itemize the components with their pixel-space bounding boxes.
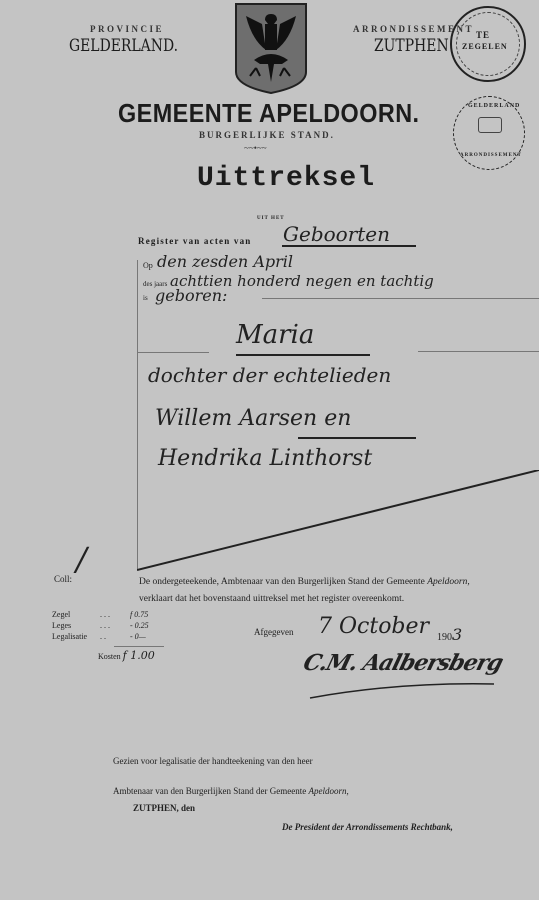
legalisation-line-3: ZUTPHEN, den <box>133 803 195 813</box>
mother-name: Hendrika Linthorst <box>158 446 372 471</box>
closing-diagonal-line <box>137 470 539 572</box>
document-title: Uittreksel <box>197 163 375 194</box>
register-underline <box>282 245 416 247</box>
stamp-text-zegelen: ZEGELEN <box>462 42 508 51</box>
fee-dots: . . <box>100 631 130 642</box>
register-type: Geboorten <box>283 222 390 246</box>
father-name: Willem Aarsen en <box>155 406 351 431</box>
fee-value: - 0.25 <box>130 621 149 630</box>
legalisation-line-1: Gezien voor legalisatie der handteekenin… <box>113 756 313 766</box>
fees-total-label: Kosten <box>98 652 121 661</box>
coll-label: Coll: <box>54 574 72 584</box>
crown-icon <box>478 117 502 133</box>
fee-value: f 0.75 <box>130 610 148 619</box>
op-label: Op <box>143 261 153 270</box>
legalisation-text: Ambtenaar van den Burgerlijken Stand der… <box>113 786 306 796</box>
child-name-underline <box>236 354 370 356</box>
fees-total: Kosten f 1.00 <box>98 649 155 662</box>
legalisation-president: De President der Arrondissements Rechtba… <box>282 822 453 832</box>
ornament-divider: ~~•~~ <box>244 143 267 153</box>
coll-mark: / <box>76 540 87 578</box>
issued-year-prefix: 190 <box>437 632 452 643</box>
fee-dots: . . . <box>100 609 130 620</box>
fee-label: Leges <box>52 620 100 631</box>
fees-total-value: f 1.00 <box>123 649 155 662</box>
is-label: is <box>143 294 148 302</box>
department-subtitle: BURGERLIJKE STAND. <box>199 130 335 140</box>
fee-dots: . . . <box>100 620 130 631</box>
province-label: PROVINCIE <box>90 24 164 34</box>
revenue-stamp: TE ZEGELEN <box>450 6 526 82</box>
province-name: GELDERLAND. <box>69 36 178 56</box>
municipality-title: GEMEENTE APELDOORN. <box>118 98 420 129</box>
birth-day-month: den zesden April <box>157 252 293 271</box>
seal-top-text: GELDERLAND <box>468 103 520 109</box>
fee-row: Legalisatie. .- 0— <box>52 631 149 642</box>
fee-value: - 0— <box>130 632 146 641</box>
issued-year-digit: 3 <box>452 625 462 644</box>
event-type: geboren: <box>155 286 227 305</box>
fee-label: Zegel <box>52 609 100 620</box>
name-line-left <box>137 352 209 353</box>
statement-line-2: verklaart dat het bovenstaand uittreksel… <box>139 594 404 604</box>
statement-text: De ondergeteekende, Ambtenaar van den Bu… <box>139 577 425 587</box>
issued-date: 7 October <box>318 614 429 639</box>
fee-row: Leges. . .- 0.25 <box>52 620 149 631</box>
issued-year: 1903 <box>437 625 462 644</box>
name-line-right <box>418 351 539 352</box>
seal-stamp: GELDERLAND ARRONDISSEMENT <box>453 96 525 170</box>
uit-het-label: UIT HET <box>257 216 285 221</box>
child-name: Maria <box>236 320 314 350</box>
statement-line-1: De ondergeteekende, Ambtenaar van den Bu… <box>139 577 470 587</box>
surname-underline <box>298 437 416 439</box>
issued-label: Afgegeven <box>254 627 293 637</box>
event-line <box>262 298 539 299</box>
fee-row: Zegel. . .f 0.75 <box>52 609 149 620</box>
eagle-shield-icon <box>234 2 308 94</box>
statement-place: Apeldoorn, <box>427 577 469 587</box>
seal-bottom-text: ARRONDISSEMENT <box>460 153 522 158</box>
fees-total-line <box>114 646 164 647</box>
relation-text: dochter der echtelieden <box>148 363 391 387</box>
fees-table: Zegel. . .f 0.75 Leges. . .- 0.25 Legali… <box>52 609 149 642</box>
register-label: Register van acten van <box>138 236 251 246</box>
stamp-text-te: TE <box>476 30 490 40</box>
fee-label: Legalisatie <box>52 631 100 642</box>
district-name: ZUTPHEN <box>374 36 449 56</box>
signature-flourish <box>308 672 498 702</box>
legalisation-place: Apeldoorn, <box>309 786 349 796</box>
legalisation-line-2: Ambtenaar van den Burgerlijken Stand der… <box>113 786 349 796</box>
